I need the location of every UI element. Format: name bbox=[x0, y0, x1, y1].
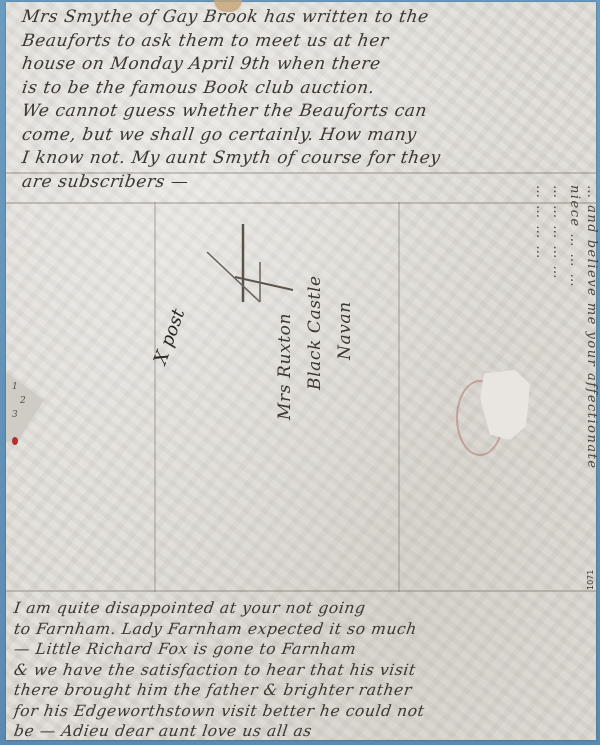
text-line: … … … … bbox=[532, 185, 549, 605]
text-line: … and believe me your affectionate bbox=[583, 185, 600, 605]
text-line: & we have the satisfaction to hear that … bbox=[13, 660, 576, 681]
fold-line-upper bbox=[6, 202, 596, 204]
address-line: Black Castle bbox=[300, 275, 330, 420]
text-line: Mrs Smythe of Gay Brook has written to t… bbox=[20, 6, 583, 30]
text-line: I know not. My aunt Smyth of course for … bbox=[20, 147, 583, 171]
margin-note: 3 bbox=[12, 408, 26, 422]
fold-line-right bbox=[398, 202, 400, 592]
red-ink-spot bbox=[12, 437, 18, 445]
address-block: Mrs Ruxton Black Castle Navan bbox=[270, 275, 360, 420]
text-line: for his Edgeworthstown visit better he c… bbox=[13, 701, 576, 722]
text-line: is to be the famous Book club auction. bbox=[20, 77, 583, 101]
text-line: Beauforts to ask them to meet us at her bbox=[20, 30, 583, 54]
text-line: niece … … … bbox=[566, 185, 583, 605]
text-line: — Little Richard Fox is gone to Farnham bbox=[13, 639, 576, 660]
fold-line-left bbox=[154, 202, 156, 592]
text-line: I am quite disappointed at your not goin… bbox=[13, 598, 576, 619]
address-line: Mrs Ruxton bbox=[270, 275, 300, 420]
text-line: there brought him the father & brighter … bbox=[13, 680, 576, 701]
archive-reference: 1071 bbox=[586, 570, 595, 590]
bottom-passage: I am quite disappointed at your not goin… bbox=[14, 598, 574, 742]
text-line: are subscribers — bbox=[20, 171, 583, 195]
margin-note: 2 bbox=[12, 394, 26, 408]
text-line: to Farnham. Lady Farnham expected it so … bbox=[13, 619, 576, 640]
text-line: … … … … … bbox=[549, 185, 566, 605]
text-line: be — Adieu dear aunt love us all as bbox=[13, 721, 576, 742]
text-line: house on Monday April 9th when there bbox=[20, 53, 583, 77]
cross-written-text: … and believe me your affectionate niece… bbox=[532, 185, 600, 605]
top-passage: Mrs Smythe of Gay Brook has written to t… bbox=[22, 6, 582, 194]
address-line: Navan bbox=[330, 275, 360, 420]
fold-line-lower bbox=[6, 590, 596, 592]
margin-notes: 1 2 3 bbox=[12, 380, 26, 422]
margin-note: 1 bbox=[12, 380, 26, 394]
text-line: come, but we shall go certainly. How man… bbox=[20, 124, 583, 148]
text-line: We cannot guess whether the Beauforts ca… bbox=[20, 100, 583, 124]
